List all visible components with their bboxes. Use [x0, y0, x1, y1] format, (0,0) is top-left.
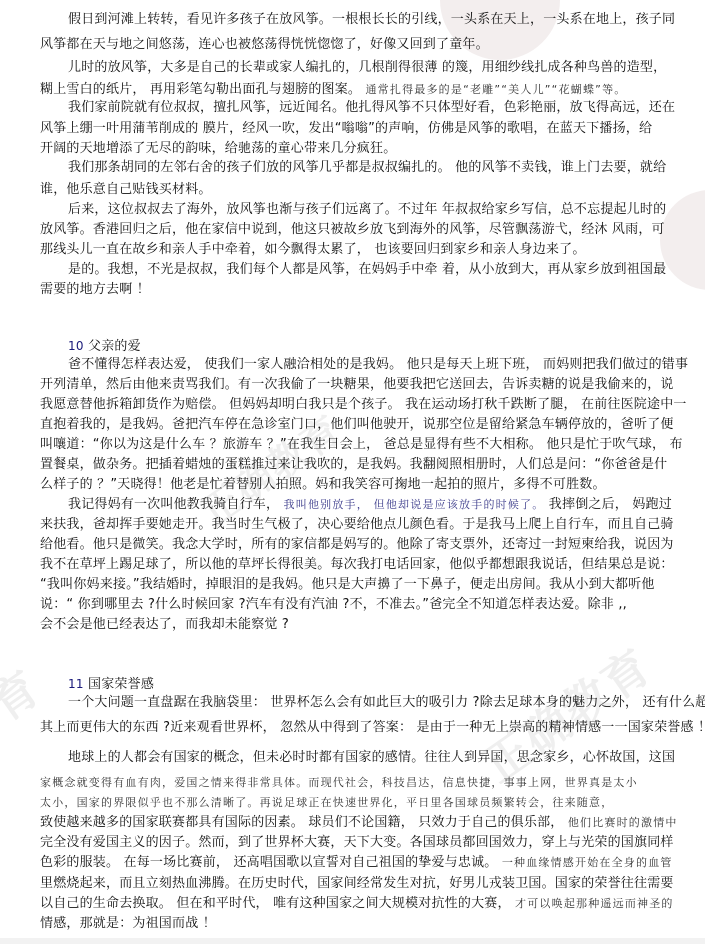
line-text: 给他看。他只是微笑。我念大学时，所有的家信都是妈写的。他除了寄支票外，还寄过一封… — [40, 537, 674, 552]
line-text: 那线头儿一直在故乡和亲人手中牵着，如今飘得太累了， 也该要回归到家乡和亲人身边来… — [40, 242, 586, 257]
line-text: 假日到河滩上转转，看见许多孩子在放风筝。一根根长长的引线，一头系在天上，一头系在… — [68, 12, 675, 27]
paragraph-line: 爸不懂得怎样表达爱， 使我们一家人融洽相处的是我妈。 他只是每天上班下班， 而妈… — [68, 357, 688, 373]
paragraph-line: 色彩的服装。 在每一场比赛前， 还高唱国歌以宣誓对自己祖国的挚爱与忠诚。 一种血… — [40, 855, 673, 871]
line-text: 开列清单，然后由他来责骂我们。有一次我偷了一块糖果，他要我把它送回去，告诉卖糖的… — [40, 377, 674, 392]
paragraph-line: 放风筝。香港回归之后，他在家信中说到，他这只被故乡放飞到海外的风筝，尽管飘荡游弋… — [40, 222, 665, 238]
line-text: 会不会是他已经表达了，而我却未能察觉 ? — [40, 617, 289, 632]
paragraph-line: 说：“ 你到哪里去 ?什么时候回家 ?汽车有没有汽油 ?不，不准去。”爸完全不知… — [40, 597, 627, 613]
line-text-inset: 才可以唤起那种遥远而神圣的 — [515, 897, 674, 910]
paragraph-line: 风筝都在天与地之间悠荡，连心也被悠荡得恍恍惚惚了，好像又回到了童年。 — [40, 37, 489, 53]
paragraph-line: 来扶我，爸却挥手要她走开。我当时生气极了，决心要给他点儿颜色看。于是我马上爬上自… — [40, 517, 674, 533]
line-text: 致使越来越多的国家联赛都具有国际的因素。 球员们不论国籍， 只效力于自己的俱乐部… — [40, 815, 563, 830]
line-text: 儿时的放风筝，大多是自己的长辈或家人编扎的，几根削得很薄 的篾，用细纱线扎成各种… — [68, 60, 666, 75]
paragraph-line: 完全没有爱国主义的因子。然而，到了世界杯大赛，天下大变。各国球员都回国效力，穿上… — [40, 835, 674, 851]
father-section-heading: 10 父亲的爱 — [68, 338, 141, 355]
national-section-heading: 11 国家荣誉感 — [68, 676, 154, 693]
paragraph-line: 糊上雪白的纸片， 再用彩笔勾勒出面孔与翅膀的图案。 通常扎得最多的是“老雕”“美… — [40, 82, 626, 98]
line-text: 以自己的生命去换取。 但在和平时代， 唯有这种国家之间大规模对抗性的大赛， — [40, 896, 511, 911]
paragraph-line: 后来，这位叔叔去了海外，放风筝也渐与孩子们远离了。不过年 年叔叔给家乡写信，总不… — [68, 202, 666, 218]
paragraph-line: 地球上的人都会有国家的概念，但未必时时都有国家的感情。往往人到异国，思念家乡，心… — [68, 750, 675, 766]
watermark-logo: 正确教育 — [468, 631, 663, 795]
paragraph-line: 叫嚷道：“你以为这是什么车 ？旅游车 ？”在我生日会上， 爸总是显得有些不大相称… — [40, 437, 683, 453]
paragraph-line: 我愿意替他拆箱卸货作为赔偿。 但妈妈却明白我只是个孩子。 我在运动场打秋千跌断了… — [40, 397, 687, 413]
line-text-inset: 通常扎得最多的是“老雕”“美人儿”“花蝴蝶”等。 — [365, 83, 626, 96]
line-text: 么样子的 ？”天晓得！他老是忙着替别人拍照。妈和我笑容可掬地一起拍的照片，多得不… — [40, 477, 606, 492]
paragraph-line: 里燃烧起来，而且立刻热血沸腾。在历史时代，国家间经常发生对抗，好男儿戎装卫国。国… — [40, 876, 674, 892]
line-text: 我记得妈有一次叫他教我骑自行车， — [68, 497, 279, 512]
line-text: 直抱着我的，是我妈。爸把汽车停在急诊室门口，他们叫他驶开，说那空位是留给紧急车辆… — [40, 417, 674, 432]
paragraph-line: 给他看。他只是微笑。我念大学时，所有的家信都是妈写的。他除了寄支票外，还寄过一封… — [40, 537, 674, 553]
line-text: 说：“ 你到哪里去 ?什么时候回家 ?汽车有没有汽油 ?不，不准去。”爸完全不知… — [40, 597, 627, 612]
paragraph-line: 会不会是他已经表达了，而我却未能察觉 ? — [40, 617, 289, 633]
section-title: 国家荣誉感 — [88, 677, 154, 692]
line-text: 谁，他乐意自己贴钱买材料。 — [40, 182, 212, 197]
line-text: 我们那条胡同的左邻右舍的孩子们放的风筝几乎都是叔叔编扎的。 他的风筝不卖钱，谁上… — [68, 160, 666, 175]
paragraph-line: 太小，国家的界限似乎也不那么清晰了。再说足球正在快速世界化，平日里各国球员频繁转… — [40, 795, 613, 811]
paragraph-line: 我不在草坪上踢足球了，所以他的草坪长得很美。每次我打电话回家，他似乎都想跟我说话… — [40, 557, 674, 573]
line-text: 是的。我想，不光是叔叔，我们每个人都是风筝，在妈妈手中牵 着，从小放到大，再从家… — [68, 262, 666, 277]
paragraph-line: 置餐桌，做杂务。把插着蜡烛的蛋糕推过来让我吹的，是我妈。我翻阅照相册时，人们总是… — [40, 457, 667, 473]
line-text: 叫嚷道：“你以为这是什么车 ？旅游车 ？”在我生日会上， 爸总是显得有些不大相称… — [40, 437, 683, 452]
line-text: 一个大问题一直盘踞在我脑袋里： 世界杯怎么会有如此巨大的吸引力 ?除去足球本身的… — [68, 695, 705, 710]
paragraph-line: 致使越来越多的国家联赛都具有国际的因素。 球员们不论国籍， 只效力于自己的俱乐部… — [40, 815, 678, 831]
paragraph-line: 假日到河滩上转转，看见许多孩子在放风筝。一根根长长的引线，一头系在天上，一头系在… — [68, 12, 675, 28]
line-text: 我摔倒之后， 妈跑过 — [549, 497, 672, 512]
paragraph-line: 儿时的放风筝，大多是自己的长辈或家人编扎的，几根削得很薄 的篾，用细纱线扎成各种… — [68, 60, 666, 76]
line-text: 风筝都在天与地之间悠荡，连心也被悠荡得恍恍惚惚了，好像又回到了童年。 — [40, 37, 489, 52]
paragraph-line: 我们家前院就有位叔叔，擅扎风筝，远近闻名。他扎得风筝不只体型好看，色彩艳丽，放飞… — [68, 100, 675, 116]
paragraph-line: 直抱着我的，是我妈。爸把汽车停在急诊室门口，他们叫他驶开，说那空位是留给紧急车辆… — [40, 417, 674, 433]
watermark-circle-right — [660, 190, 705, 290]
line-text: 色彩的服装。 在每一场比赛前， 还高唱国歌以宣誓对自己祖国的挚爱与忠诚。 — [40, 855, 497, 870]
line-text: 我不在草坪上踢足球了，所以他的草坪长得很美。每次我打电话回家，他似乎都想跟我说话… — [40, 557, 674, 572]
line-text: 其上而更伟大的东西 ?近来观看世界杯， 忽然从中得到了答案： 是由于一种无上崇高… — [40, 720, 705, 735]
paragraph-line: 一个大问题一直盘踞在我脑袋里： 世界杯怎么会有如此巨大的吸引力 ?除去足球本身的… — [68, 695, 705, 711]
paragraph-line: 家概念就变得有血有肉，爱国之情来得非常具体。而现代社会，科技昌达，信息快捷，事事… — [40, 775, 638, 791]
section-title: 父亲的爱 — [88, 339, 141, 354]
line-text: 需要的地方去啊 ！ — [40, 282, 150, 297]
paragraph-line: 我们那条胡同的左邻右舍的孩子们放的风筝几乎都是叔叔编扎的。 他的风筝不卖钱，谁上… — [68, 160, 666, 176]
section-number: 11 — [68, 677, 84, 691]
line-text: 情感，那就是：为祖国而战 ！ — [40, 916, 216, 931]
line-text: 家概念就变得有血有肉，爱国之情来得非常具体。而现代社会，科技昌达，信息快捷，事事… — [40, 776, 638, 789]
paragraph-line: 我记得妈有一次叫他教我骑自行车， 我叫他别放手， 但他却说是应该放手的时候了。 … — [68, 497, 672, 513]
line-text: 后来，这位叔叔去了海外，放风筝也渐与孩子们远离了。不过年 年叔叔给家乡写信，总不… — [68, 202, 666, 217]
paragraph-line: 情感，那就是：为祖国而战 ！ — [40, 916, 216, 932]
paragraph-line: 么样子的 ？”天晓得！他老是忙着替别人拍照。妈和我笑容可掬地一起拍的照片，多得不… — [40, 477, 606, 493]
line-text: 来扶我，爸却挥手要她走开。我当时生气极了，决心要给他点儿颜色看。于是我马上爬上自… — [40, 517, 674, 532]
line-text: 放风筝。香港回归之后，他在家信中说到，他这只被故乡放飞到海外的风筝，尽管飘荡游弋… — [40, 222, 665, 237]
line-text: 开阔的天地增添了无尽的韵味，给驰荡的童心带来几分疯狂。 — [40, 141, 396, 156]
paragraph-line: 开阔的天地增添了无尽的韵味，给驰荡的童心带来几分疯狂。 — [40, 141, 396, 157]
line-text: 糊上雪白的纸片， 再用彩笔勾勒出面孔与翅膀的图案。 — [40, 82, 361, 97]
line-text: 里燃烧起来，而且立刻热血沸腾。在历史时代，国家间经常发生对抗，好男儿戎装卫国。国… — [40, 876, 674, 891]
paragraph-line: “我叫你妈来接。”我结婚时，掉眼泪的是我妈。他只是大声擤了一下鼻子，便走出房间。… — [40, 577, 655, 593]
section-number: 10 — [68, 339, 84, 353]
line-text: 完全没有爱国主义的因子。然而，到了世界杯大赛，天下大变。各国球员都回国效力，穿上… — [40, 835, 674, 850]
paragraph-line: 开列清单，然后由他来责骂我们。有一次我偷了一块糖果，他要我把它送回去，告诉卖糖的… — [40, 377, 674, 393]
paragraph-line: 那线头儿一直在故乡和亲人手中牵着，如今飘得太累了， 也该要回归到家乡和亲人身边来… — [40, 242, 586, 258]
line-text: 风筝上绷一叶用蒲苇削成的 膜片，经风一吹，发出“嗡嗡”的声响，仿佛是风筝的歌唱，… — [40, 121, 652, 136]
line-text: 太小，国家的界限似乎也不那么清晰了。再说足球正在快速世界化，平日里各国球员频繁转… — [40, 796, 613, 809]
paragraph-line: 风筝上绷一叶用蒲苇削成的 膜片，经风一吹，发出“嗡嗡”的声响，仿佛是风筝的歌唱，… — [40, 121, 652, 137]
line-text: 置餐桌，做杂务。把插着蜡烛的蛋糕推过来让我吹的，是我妈。我翻阅照相册时，人们总是… — [40, 457, 667, 472]
line-text: “我叫你妈来接。”我结婚时，掉眼泪的是我妈。他只是大声擤了一下鼻子，便走出房间。… — [40, 577, 655, 592]
page-bottom-edge — [0, 938, 705, 944]
line-text-inset: 我叫他别放手， 但他却说是应该放手的时候了。 — [284, 498, 545, 511]
paragraph-line: 需要的地方去啊 ！ — [40, 282, 150, 298]
paragraph-line: 以自己的生命去换取。 但在和平时代， 唯有这种国家之间大规模对抗性的大赛， 才可… — [40, 896, 674, 912]
paragraph-line: 其上而更伟大的东西 ?近来观看世界杯， 忽然从中得到了答案： 是由于一种无上崇高… — [40, 720, 705, 736]
line-text: 地球上的人都会有国家的概念，但未必时时都有国家的感情。往往人到异国，思念家乡，心… — [68, 750, 675, 765]
line-text-inset: 一种血缘情感开始在全身的血管 — [502, 856, 673, 869]
line-text: 我愿意替他拆箱卸货作为赔偿。 但妈妈却明白我只是个孩子。 我在运动场打秋千跌断了… — [40, 397, 687, 412]
line-text: 我们家前院就有位叔叔，擅扎风筝，远近闻名。他扎得风筝不只体型好看，色彩艳丽，放飞… — [68, 100, 675, 115]
paragraph-line: 是的。我想，不光是叔叔，我们每个人都是风筝，在妈妈手中牵 着，从小放到大，再从家… — [68, 262, 666, 278]
line-text-inset: 他们比赛时的激情中 — [568, 816, 678, 829]
paragraph-line: 谁，他乐意自己贴钱买材料。 — [40, 182, 212, 198]
line-text: 爸不懂得怎样表达爱， 使我们一家人融洽相处的是我妈。 他只是每天上班下班， 而妈… — [68, 357, 688, 372]
